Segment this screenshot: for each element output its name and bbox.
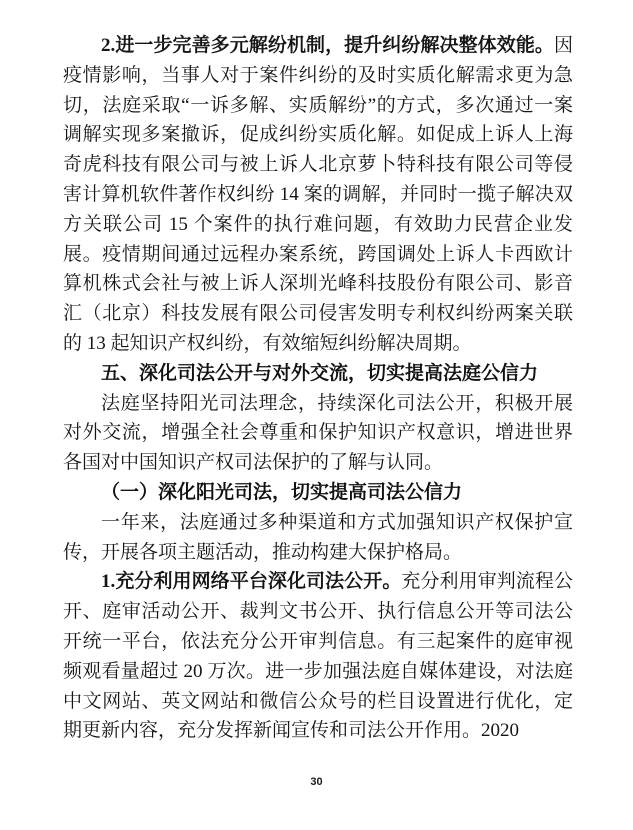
paragraph-lead-bold: 2.进一步完善多元解纷机制，提升纠纷解决整体效能。 bbox=[101, 35, 554, 56]
paragraph-online-platform: 1.充分利用网络平台深化司法公开。充分利用审判流程公开、庭审活动公开、裁判文书公… bbox=[63, 567, 573, 746]
page-number: 30 bbox=[0, 776, 633, 788]
paragraph-dispute-resolution: 2.进一步完善多元解纷机制，提升纠纷解决整体效能。因疫情影响，当事人对于案件纠纷… bbox=[63, 31, 573, 359]
sub-heading-sunshine-justice: （一）深化阳光司法，切实提高司法公信力 bbox=[63, 478, 573, 508]
paragraph-sunshine-justice-intro: 法庭坚持阳光司法理念，持续深化司法公开，积极开展对外交流，增强全社会尊重和保护知… bbox=[63, 389, 573, 478]
document-page: 2.进一步完善多元解纷机制，提升纠纷解决整体效能。因疫情影响，当事人对于案件纠纷… bbox=[0, 0, 633, 830]
paragraph-body-text: 充分利用审判流程公开、庭审活动公开、裁判文书公开、执行信息公开等司法公开统一平台… bbox=[63, 571, 573, 741]
paragraph-ip-protection-publicity: 一年来，法庭通过多种渠道和方式加强知识产权保护宣传，开展各项主题活动，推动构建大… bbox=[63, 508, 573, 568]
document-content: 2.进一步完善多元解纷机制，提升纠纷解决整体效能。因疫情影响，当事人对于案件纠纷… bbox=[63, 31, 573, 746]
paragraph-body-text: 因疫情影响，当事人对于案件纠纷的及时实质化解需求更为急切，法庭采取“一诉多解、实… bbox=[63, 35, 573, 354]
section-heading-judicial-openness: 五、深化司法公开与对外交流，切实提高法庭公信力 bbox=[63, 359, 573, 389]
paragraph-lead-bold: 1.充分利用网络平台深化司法公开。 bbox=[101, 571, 401, 592]
